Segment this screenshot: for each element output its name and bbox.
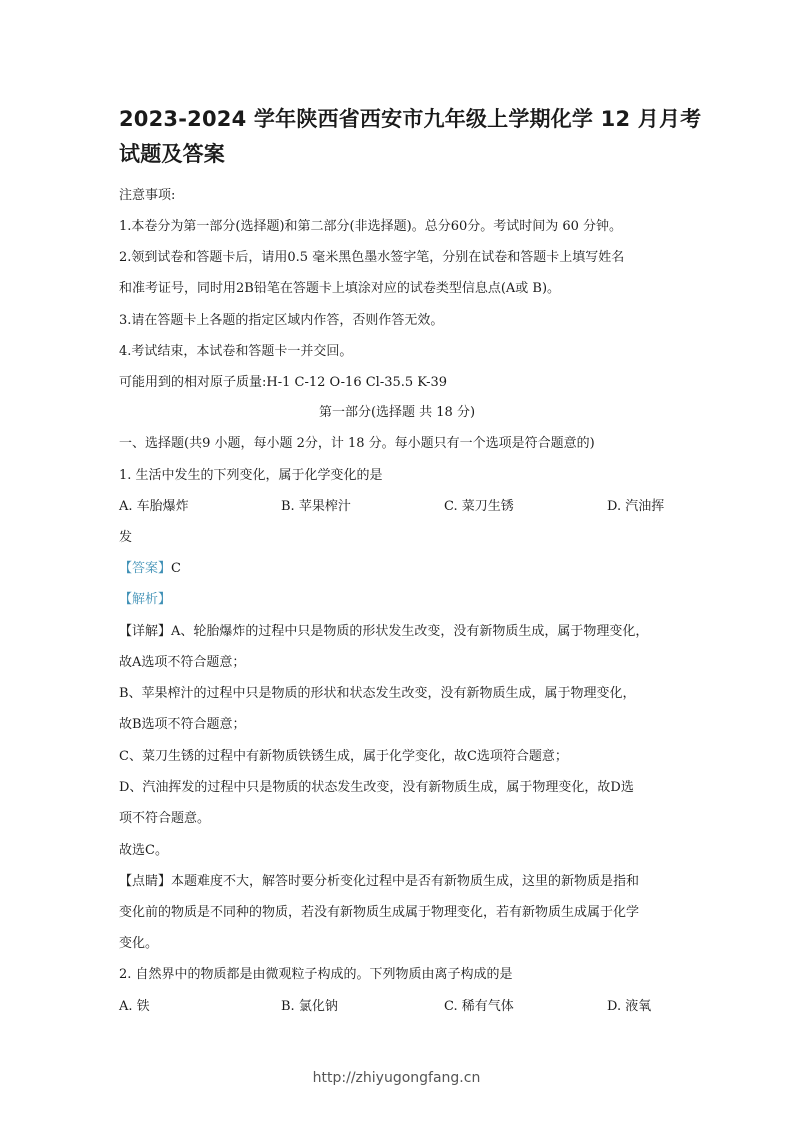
analysis-label: 【解析】 [119,592,171,607]
answer-label: 【答案】 [119,561,171,576]
q1-option-b: B. 苹果榨汁 [281,498,351,516]
q1-comment-2: 变化前的物质是不同种的物质，若没有新物质生成属于物理变化，若有新物质生成属于化学 [119,904,639,922]
q1-answer: 【答案】C [119,560,181,578]
q1-detail-6: D、汽油挥发的过程中只是物质的状态发生改变，没有新物质生成，属于物理变化，故D选 [119,779,634,797]
q1-option-a: A. 车胎爆炸 [119,498,189,516]
q2-option-b: B. 氯化钠 [281,998,338,1016]
q1-option-c: C. 菜刀生锈 [444,498,514,516]
q1-option-d-wrap: 发 [119,529,132,547]
q1-comment-3: 变化。 [119,935,158,953]
q1-detail-8: 故选C。 [119,842,168,860]
comment-text: 本题难度不大，解答时要分析变化过程中是否有新物质生成，这里的新物质是指和 [171,874,639,889]
q1-detail-2: 故A选项不符合题意； [119,654,245,672]
notice-1: 1.本卷分为第一部分(选择题)和第二部分(非选择题)。总分60分。考试时间为 6… [119,218,622,236]
q2-option-a: A. 铁 [119,998,150,1016]
answer-value: C [171,561,181,576]
part1-heading: 第一部分(选择题 共 18 分) [119,404,675,422]
notice-2: 2.领到试卷和答题卡后，请用0.5 毫米黑色墨水签字笔，分别在试卷和答题卡上填写… [119,249,624,267]
question-2-stem: 2. 自然界中的物质都是由微观粒子构成的。下列物质由离子构成的是 [119,966,513,984]
atomic-masses: 可能用到的相对原子质量:H-1 C-12 O-16 Cl-35.5 K-39 [119,374,447,392]
q1-analysis: 【解析】 [119,591,171,609]
detail-text: A、轮胎爆炸的过程中只是物质的形状发生改变，没有新物质生成，属于物理变化， [171,624,648,639]
comment-label: 【点睛】 [119,874,171,889]
q1-detail-5: C、菜刀生锈的过程中有新物质铁锈生成，属于化学变化，故C选项符合题意； [119,748,568,766]
q1-detail-1: 【详解】A、轮胎爆炸的过程中只是物质的形状发生改变，没有新物质生成，属于物理变化… [119,623,648,641]
detail-label: 【详解】 [119,624,171,639]
document-title-line1: 2023-2024 学年陕西省西安市九年级上学期化学 12 月月考 [119,103,701,133]
notice-2-cont: 和准考证号，同时用2B铅笔在答题卡上填涂对应的试卷类型信息点(A或 B)。 [119,280,560,298]
notice-heading: 注意事项: [119,187,175,205]
q1-detail-3: B、苹果榨汁的过程中只是物质的形状和状态发生改变，没有新物质生成，属于物理变化， [119,685,636,703]
q1-option-d: D. 汽油挥 [607,498,664,516]
document-title-line2: 试题及答案 [119,138,225,168]
notice-3: 3.请在答题卡上各题的指定区域内作答，否则作答无效。 [119,312,443,330]
q2-option-d: D. 液氧 [607,998,651,1016]
q1-comment-1: 【点睛】本题难度不大，解答时要分析变化过程中是否有新物质生成，这里的新物质是指和 [119,873,639,891]
question-1-stem: 1. 生活中发生的下列变化，属于化学变化的是 [119,467,383,485]
footer-url[interactable]: http://zhiyugongfang.cn [0,1070,793,1086]
notice-4: 4.考试结束，本试卷和答题卡一并交回。 [119,343,352,361]
section1-heading: 一、选择题(共9 小题，每小题 2分，计 18 分。每小题只有一个选项是符合题意… [119,435,595,453]
q1-detail-7: 项不符合题意。 [119,810,210,828]
q2-option-c: C. 稀有气体 [444,998,514,1016]
q1-detail-4: 故B选项不符合题意； [119,716,246,734]
